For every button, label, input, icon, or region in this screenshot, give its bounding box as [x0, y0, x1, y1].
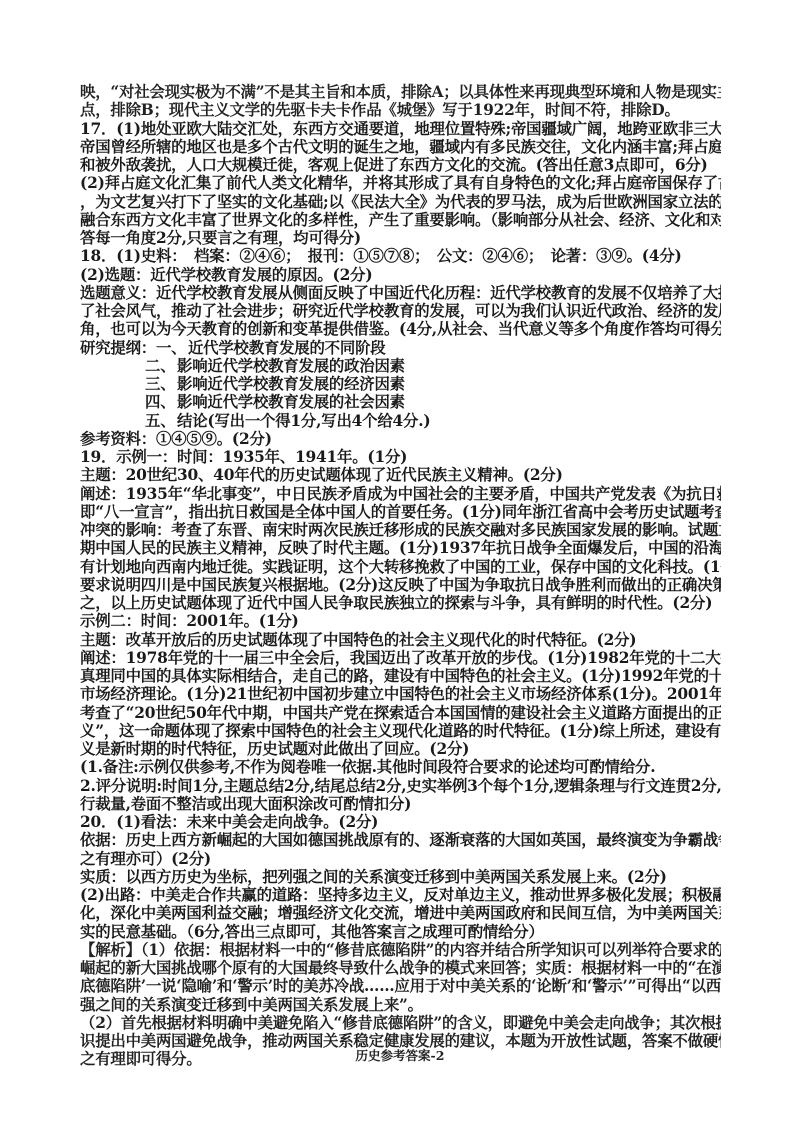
- q20-analysis-line: 【解析】（1）依据：根据材料一中的“修昔底德陷阱”的内容并结合所学知识可以列举符…: [80, 941, 721, 959]
- q18-references: 参考资料：①④⑤⑨。(2分): [80, 430, 721, 448]
- q20-solution-line: (2)出路：中美走合作共赢的道路：坚持多边主义，反对单边主义，推动世界多极化发展…: [80, 886, 721, 904]
- q19-example1-body-line: 之，以上历史试题体现了近代中国人民争取民族独立的探索与斗争，具有鲜明的时代性。(…: [80, 594, 721, 612]
- q19-example1-body-line: 期中国人民的民族主义精神，反映了时代主题。(1分)1937年抗日战争全面爆发后，…: [80, 539, 721, 557]
- q20-basis-line: 依据：历史上西方新崛起的大国如德国挑战原有的、逐渐衰落的大国如英国，最终演变为争…: [80, 831, 721, 849]
- q18-outline-item: 研究提纲：一、近代学校教育发展的不同阶段: [80, 339, 721, 357]
- q19-example1-body-line: 有计划地向西南内地迁徙。实践证明，这个大转移挽救了中国的工业，保存中国的文化科技…: [80, 558, 721, 576]
- q20-analysis-line: （2）首先根据材料明确中美避免陷入“修昔底德陷阱”的含义，即避免中美会走向战争；…: [80, 1014, 721, 1032]
- analysis-label: 【解析】: [80, 941, 141, 959]
- q19-example2-body-line: 考查了“20世纪50年代中期，中国共产党在探索适合本国国情的建设社会主义道路方面…: [80, 704, 721, 722]
- q16-analysis-line: 点，排除B；现代主义文学的先驱卡夫卡作品《城堡》写于1922年，时间不符，排除D…: [80, 101, 721, 119]
- q19-example2-time: 示例二：时间：2001年。(1分): [80, 612, 721, 630]
- q16-analysis-line: 映，“对社会现实极为不满”不是其主旨和本质，排除A；以具体性来再现典型环境和人物…: [80, 83, 721, 101]
- q19-example1-body-line: 冲突的影响：考查了东晋、南宋时两次民族迁移形成的民族交融对多民族国家发展的影响。…: [80, 521, 721, 539]
- outline-number: 二、: [145, 357, 177, 375]
- outline-number: 三、: [145, 375, 177, 393]
- q19-example1-body-line: 阐述：1935年“华北事变”，中日民族矛盾成为中国社会的主要矛盾，中国共产党发表…: [80, 485, 721, 503]
- q19-example2-body-line: 义是新时期的时代特征，历史试题对此做出了回应。(2分): [80, 740, 721, 758]
- q18-significance-line: 了社会风气，推动了社会进步；研究近代学校教育的发展，可以为我们认识近代政治、经济…: [80, 302, 721, 320]
- q17-answer-line: 答每一角度2分,只要言之有理，均可得分): [80, 229, 721, 247]
- q18-topic: (2)选题：近代学校教育发展的原因。(2分): [80, 266, 721, 284]
- q17-answer-line: ，为文艺复兴打下了坚实的文化基础;以《民法大全》为代表的罗马法，成为后世欧洲国家…: [80, 193, 721, 211]
- q19-example2-body-line: 市场经济理论。(1分)21世纪初中国初步建立中国特色的社会主义市场经济体系(1分…: [80, 685, 721, 703]
- q19-example1-time: 19．示例一：时间：1935年、1941年。(1分): [80, 448, 721, 466]
- q19-note-line: 行裁量,卷面不整洁或出现大面积涂改可酌情扣分): [80, 795, 721, 813]
- outline-text: 影响近代学校教育发展的社会因素: [177, 393, 405, 411]
- q20-analysis-line: 强之间的关系演变迁移到中美两国关系发展上来”。: [80, 996, 721, 1014]
- q19-example2-body-line: 阐述：1978年党的十一届三中全会后，我国迈出了改革开放的步伐。(1分)1982…: [80, 649, 721, 667]
- q19-example1-theme: 主题：20世纪30、40年代的历史试题体现了近代民族主义精神。(2分): [80, 466, 721, 484]
- example2-time-text: 时间：2001年。(1分): [141, 612, 299, 630]
- outline-number: 四、: [145, 393, 177, 411]
- q18-significance-line: 选题意义：近代学校教育发展从侧面反映了中国近代化历程：近代学校教育的发展不仅培养…: [80, 284, 721, 302]
- outline-text: 近代学校教育发展的不同阶段: [188, 339, 385, 357]
- q19-note-line: (1.备注:示例仅供参考,不作为阅卷唯一依据.其他时间段符合要求的论述均可酌情给…: [80, 758, 721, 776]
- outline-text: 结论(写出一个得1分,写出4个给4分.): [177, 412, 431, 430]
- q20-view: 20．(1)看法：未来中美会走向战争。(2分): [80, 813, 721, 831]
- example1-label: 示例一：: [116, 448, 177, 466]
- q18-outline-item: 五、结论(写出一个得1分,写出4个给4分.): [80, 412, 721, 430]
- q20-analysis-line: 底德陷阱’一说‘隐喻’和‘警示’时的美苏冷战……应用于对中美关系的‘论断’和‘警…: [80, 977, 721, 995]
- q19-example2-theme: 主题：改革开放后的历史试题体现了中国特色的社会主义现代化的时代特征。(2分): [80, 631, 721, 649]
- answer-key-page: 映，“对社会现实极为不满”不是其主旨和本质，排除A；以具体性来再现典型环境和人物…: [80, 83, 721, 1069]
- q19-number: 19．: [80, 448, 116, 466]
- q20-analysis-line: 崛起的新大国挑战哪个原有的大国最终导致什么战争的模式来回答；实质：根据材料一中的…: [80, 959, 721, 977]
- example1-time-text: 时间：1935年、1941年。(1分): [177, 448, 407, 466]
- q20-essence: 实质：以西方历史为坐标，把列强之间的关系演变迁移到中美两国关系发展上来。(2分): [80, 868, 721, 886]
- q18-significance-line: 角，也可以为今天教育的创新和变革提供借鉴。(4分,从社会、当代意义等多个角度作答…: [80, 320, 721, 338]
- q18-outline-item: 二、影响近代学校教育发展的政治因素: [80, 357, 721, 375]
- q17-answer-line: (2)拜占庭文化汇集了前代人类文化精华，并将其形成了具有自身特色的文化;拜占庭帝…: [80, 174, 721, 192]
- outline-number: 一、: [156, 339, 188, 357]
- q18-outline-item: 三、影响近代学校教育发展的经济因素: [80, 375, 721, 393]
- example2-label: 示例二：: [80, 612, 141, 630]
- q19-example1-body-line: 即“八一宣言”，指出抗日救国是全体中国人的首要任务。(1分)同年浙江省高中会考历…: [80, 503, 721, 521]
- q19-example1-body-line: 要求说明四川是中国民族复兴根据地。(2分)这反映了中国为争取抗日战争胜利而做出的…: [80, 576, 721, 594]
- q20-solution-line: 实的民意基础。（6分,答出三点即可，其他答案言之成理可酌情给分）: [80, 923, 721, 941]
- q20-solution-line: 化，深化中美两国利益交融；增强经济文化交流，增进中美两国政府和民间互信，为中美两…: [80, 904, 721, 922]
- q19-example2-body-line: 真理同中国的具体实际相结合，走自己的路，建设有中国特色的社会主义。(1分)199…: [80, 667, 721, 685]
- q18-outline-label: 研究提纲：: [80, 339, 156, 357]
- q18-outline-item: 四、影响近代学校教育发展的社会因素: [80, 393, 721, 411]
- q20-basis-line: 之有理亦可）(2分): [80, 850, 721, 868]
- q17-answer-line: 帝国曾经所辖的地区也是多个古代文明的诞生之地，疆域内有多民族交往，文化内涵丰富;…: [80, 138, 721, 156]
- page-footer: 历史参考答案-2: [0, 1046, 800, 1064]
- q19-example2-body-line: 义”，这一命题体现了探索中国特色的社会主义现代化道路的时代特征。(1分)综上所述…: [80, 722, 721, 740]
- outline-text: 影响近代学校教育发展的经济因素: [177, 375, 405, 393]
- q17-answer-line: 17．(1)地处亚欧大陆交汇处，东西方交通要道，地理位置特殊;帝国疆域广阔，地跨…: [80, 120, 721, 138]
- outline-text: 影响近代学校教育发展的政治因素: [177, 357, 405, 375]
- q18-sources: 18．(1)史料： 档案：②④⑥； 报刊：①⑤⑦⑧； 公文：②④⑥； 论著：③⑨…: [80, 247, 721, 265]
- outline-number: 五、: [145, 412, 177, 430]
- q19-note-line: 2.评分说明:时间1分,主题总结2分,结尾总结2分,史实举例3个每个1分,逻辑条…: [80, 777, 721, 795]
- q17-answer-line: 和被外敌袭扰，人口大规模迁徙，客观上促进了东西方文化的交流。(答出任意3点即可，…: [80, 156, 721, 174]
- analysis-text: （1）依据：根据材料一中的“修昔底德陷阱”的内容并结合所学知识可以列举符合要求的…: [141, 941, 721, 959]
- q17-answer-line: 融合东西方文化丰富了世界文化的多样性，产生了重要影响。（影响部分从社会、经济、文…: [80, 211, 721, 229]
